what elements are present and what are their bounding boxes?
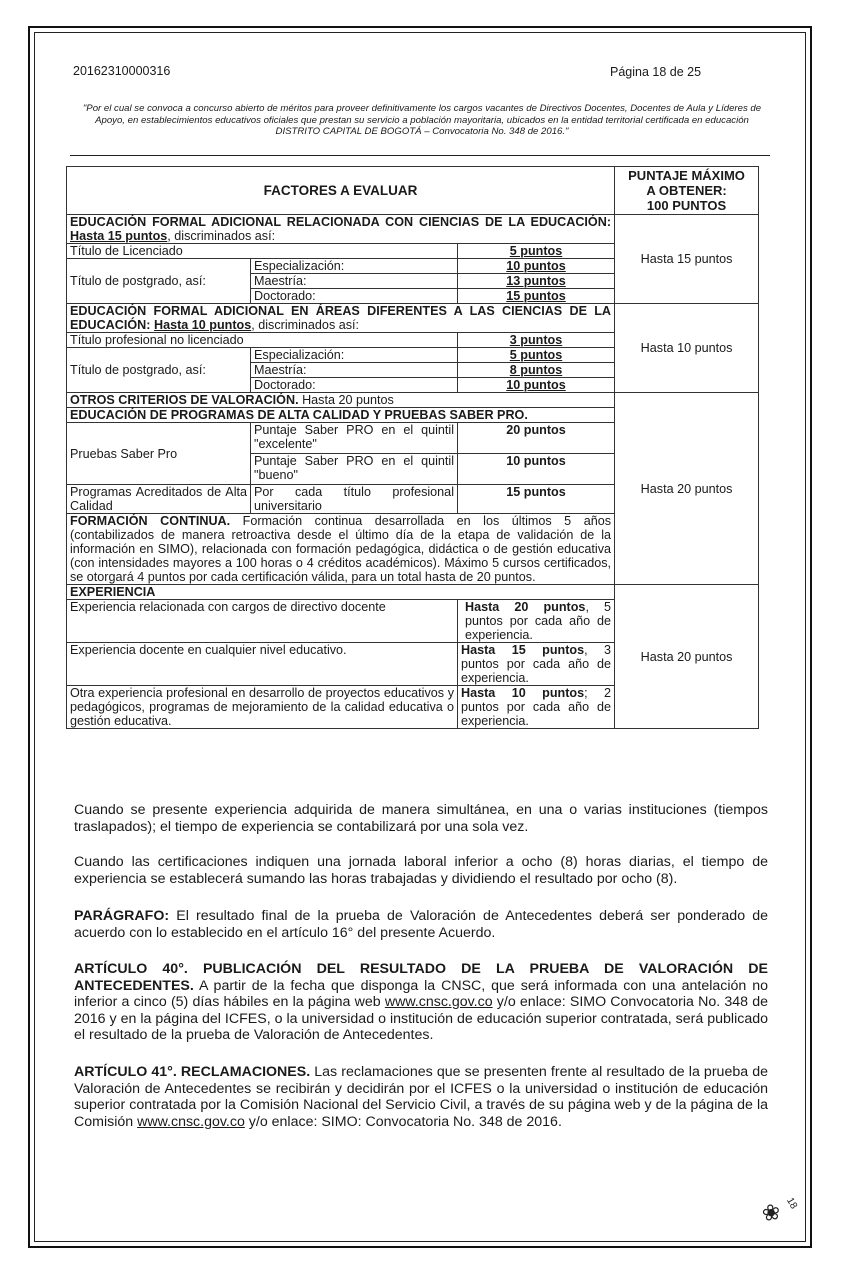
row-label: Pruebas Saber Pro [67, 423, 251, 485]
row-sublabel: Puntaje Saber PRO en el quintil "excelen… [251, 423, 458, 454]
row-label: Título profesional no licenciado [67, 333, 458, 348]
max-score-section2: Hasta 10 puntos [615, 304, 759, 393]
row-sublabel: Maestría: [251, 274, 458, 289]
table-row: EDUCACIÓN FORMAL ADICIONAL EN ÁREAS DIFE… [67, 304, 759, 333]
section-formal-education-related: EDUCACIÓN FORMAL ADICIONAL RELACIONADA C… [67, 215, 615, 244]
row-sublabel: Doctorado: [251, 378, 458, 393]
header-divider [70, 155, 770, 156]
cnsc-link[interactable]: www.cnsc.gov.co [137, 1114, 245, 1130]
paragraph-certification-hours: Cuando las certificaciones indiquen una … [74, 854, 768, 887]
article-41: ARTÍCULO 41°. RECLAMACIONES. Las reclama… [74, 1064, 768, 1130]
row-sublabel: Doctorado: [251, 289, 458, 304]
header-resolution-quote: "Por el cual se convoca a concurso abier… [76, 103, 768, 138]
article-40: ARTÍCULO 40°. PUBLICACIÓN DEL RESULTADO … [74, 961, 768, 1044]
subsection-title: EDUCACIÓN DE PROGRAMAS DE ALTA CALIDAD Y… [67, 408, 615, 423]
max-score-section3: Hasta 20 puntos [615, 393, 759, 585]
document-number: 20162310000316 [73, 64, 170, 78]
row-points: 10 puntos [458, 378, 615, 393]
row-sublabel: Puntaje Saber PRO en el quintil "bueno" [251, 454, 458, 485]
max-score-section1: Hasta 15 puntos [615, 215, 759, 304]
table-row: EDUCACIÓN FORMAL ADICIONAL RELACIONADA C… [67, 215, 759, 244]
row-label: Título de postgrado, así: [67, 259, 251, 304]
row-points: 20 puntos [458, 423, 615, 454]
row-points: 15 puntos [458, 289, 615, 304]
row-points: 10 puntos [458, 259, 615, 274]
row-points: 13 puntos [458, 274, 615, 289]
column-header-factors: FACTORES A EVALUAR [67, 167, 615, 215]
row-points: 3 puntos [458, 333, 615, 348]
section-experience: EXPERIENCIA [67, 585, 615, 600]
cnsc-link[interactable]: www.cnsc.gov.co [385, 994, 493, 1010]
max-score-section4: Hasta 20 puntos [615, 585, 759, 729]
row-points: Hasta 10 puntos; 2 puntos por cada año d… [458, 686, 615, 729]
row-sublabel: Especialización: [251, 348, 458, 363]
row-label: Título de Licenciado [67, 244, 458, 259]
evaluation-factors-table: FACTORES A EVALUAR PUNTAJE MÁXIMO A OBTE… [66, 166, 759, 729]
row-points: 10 puntos [458, 454, 615, 485]
table-row: OTROS CRITERIOS DE VALORACIÓN. Hasta 20 … [67, 393, 759, 408]
row-label: Otra experiencia profesional en desarrol… [67, 686, 458, 729]
row-points: Hasta 20 puntos, 5 puntos por cada año d… [458, 600, 615, 643]
row-points: 8 puntos [458, 363, 615, 378]
paragraph-paragrafo: PARÁGRAFO: El resultado final de la prue… [74, 908, 768, 941]
row-label: Experiencia docente en cualquier nivel e… [67, 643, 458, 686]
row-points: 15 puntos [458, 485, 615, 514]
row-sublabel: Por cada título profesional universitari… [251, 485, 458, 514]
row-sublabel: Especialización: [251, 259, 458, 274]
row-points: Hasta 15 puntos, 3 puntos por cada año d… [458, 643, 615, 686]
paragraph-simultaneous-experience: Cuando se presente experiencia adquirida… [74, 802, 768, 835]
row-points: 5 puntos [458, 348, 615, 363]
continuing-education-cell: FORMACIÓN CONTINUA. Formación continua d… [67, 514, 615, 585]
section-other-criteria: OTROS CRITERIOS DE VALORACIÓN. Hasta 20 … [67, 393, 615, 408]
column-header-max-score: PUNTAJE MÁXIMO A OBTENER: 100 PUNTOS [615, 167, 759, 215]
table-row: EXPERIENCIA Hasta 20 puntos [67, 585, 759, 600]
page-indicator: Página 18 de 25 [610, 65, 701, 79]
section-formal-education-other: EDUCACIÓN FORMAL ADICIONAL EN ÁREAS DIFE… [67, 304, 615, 333]
table-header-row: FACTORES A EVALUAR PUNTAJE MÁXIMO A OBTE… [67, 167, 759, 215]
row-sublabel: Maestría: [251, 363, 458, 378]
row-label: Título de postgrado, así: [67, 348, 251, 393]
row-points: 5 puntos [458, 244, 615, 259]
row-label: Experiencia relacionada con cargos de di… [67, 600, 458, 643]
row-label: Programas Acreditados de Alta Calidad [67, 485, 251, 514]
